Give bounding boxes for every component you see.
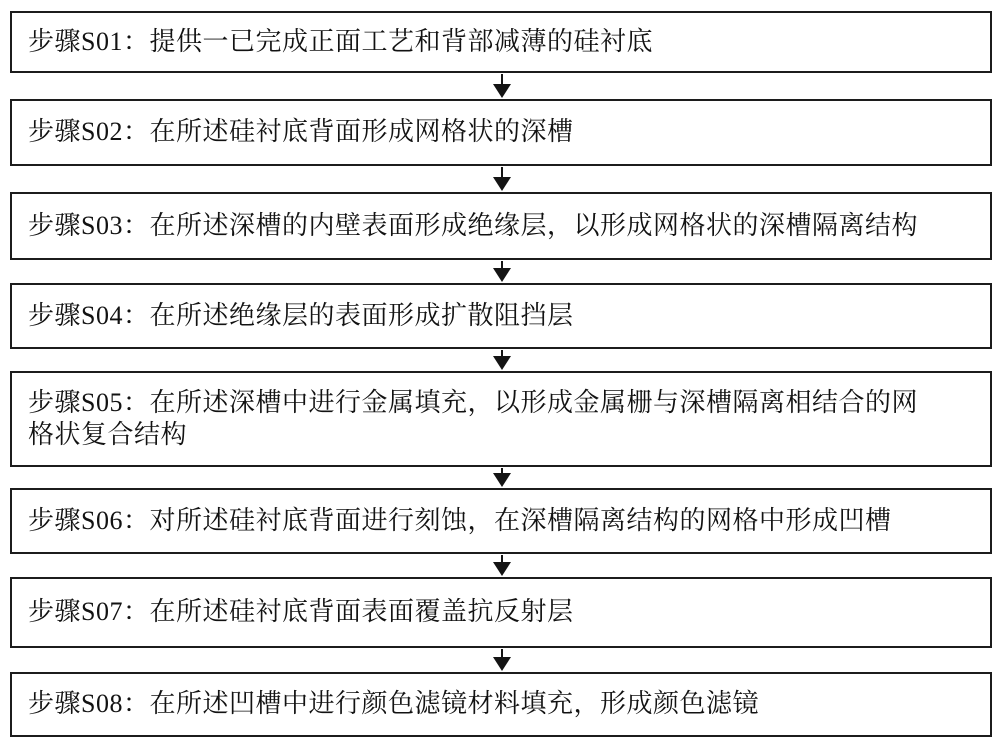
- flow-step-box-s06: 步骤S06：对所述硅衬底背面进行刻蚀，在深槽隔离结构的网格中形成凹槽: [10, 488, 992, 554]
- flow-step-text-s01: 步骤S01：提供一已完成正面工艺和背部减薄的硅衬底: [12, 26, 669, 58]
- arrow-head: [493, 356, 511, 370]
- arrow-stem: [501, 261, 503, 268]
- flow-step-box-s01: 步骤S01：提供一已完成正面工艺和背部减薄的硅衬底: [10, 11, 992, 73]
- flow-step-text-s08: 步骤S08：在所述凹槽中进行颜色滤镜材料填充，形成颜色滤镜: [12, 688, 775, 720]
- flow-step-text-s03: 步骤S03：在所述深槽的内壁表面形成绝缘层，以形成网格状的深槽隔离结构: [12, 210, 934, 242]
- down-arrow-icon: [493, 649, 511, 671]
- arrow-head: [493, 177, 511, 191]
- down-arrow-icon: [493, 261, 511, 282]
- flow-step-text-s07: 步骤S07：在所述硅衬底背面表面覆盖抗反射层: [12, 596, 589, 628]
- flow-step-box-s02: 步骤S02：在所述硅衬底背面形成网格状的深槽: [10, 99, 992, 166]
- arrow-stem: [501, 167, 503, 177]
- flow-step-text-s04: 步骤S04：在所述绝缘层的表面形成扩散阻挡层: [12, 300, 589, 332]
- arrow-stem: [501, 555, 503, 562]
- flow-step-text-s06: 步骤S06：对所述硅衬底背面进行刻蚀，在深槽隔离结构的网格中形成凹槽: [12, 505, 907, 537]
- arrow-head: [493, 562, 511, 576]
- down-arrow-icon: [493, 167, 511, 191]
- down-arrow-icon: [493, 468, 511, 487]
- arrow-stem: [501, 649, 503, 657]
- flow-step-box-s08: 步骤S08：在所述凹槽中进行颜色滤镜材料填充，形成颜色滤镜: [10, 672, 992, 737]
- flow-step-text-s02: 步骤S02：在所述硅衬底背面形成网格状的深槽: [12, 116, 589, 148]
- flow-step-box-s07: 步骤S07：在所述硅衬底背面表面覆盖抗反射层: [10, 577, 992, 648]
- arrow-stem: [501, 74, 503, 84]
- down-arrow-icon: [493, 74, 511, 98]
- arrow-head: [493, 84, 511, 98]
- flow-step-box-s04: 步骤S04：在所述绝缘层的表面形成扩散阻挡层: [10, 283, 992, 349]
- down-arrow-icon: [493, 555, 511, 576]
- arrow-head: [493, 657, 511, 671]
- flow-step-text-s05: 步骤S05：在所述深槽中进行金属填充，以形成金属栅与深槽隔离相结合的网 格状复合…: [12, 387, 934, 451]
- arrow-head: [493, 473, 511, 487]
- process-flowchart: 步骤S01：提供一已完成正面工艺和背部减薄的硅衬底 步骤S02：在所述硅衬底背面…: [0, 0, 1000, 744]
- flow-step-box-s03: 步骤S03：在所述深槽的内壁表面形成绝缘层，以形成网格状的深槽隔离结构: [10, 192, 992, 260]
- down-arrow-icon: [493, 350, 511, 370]
- arrow-head: [493, 268, 511, 282]
- flow-step-box-s05: 步骤S05：在所述深槽中进行金属填充，以形成金属栅与深槽隔离相结合的网 格状复合…: [10, 371, 992, 467]
